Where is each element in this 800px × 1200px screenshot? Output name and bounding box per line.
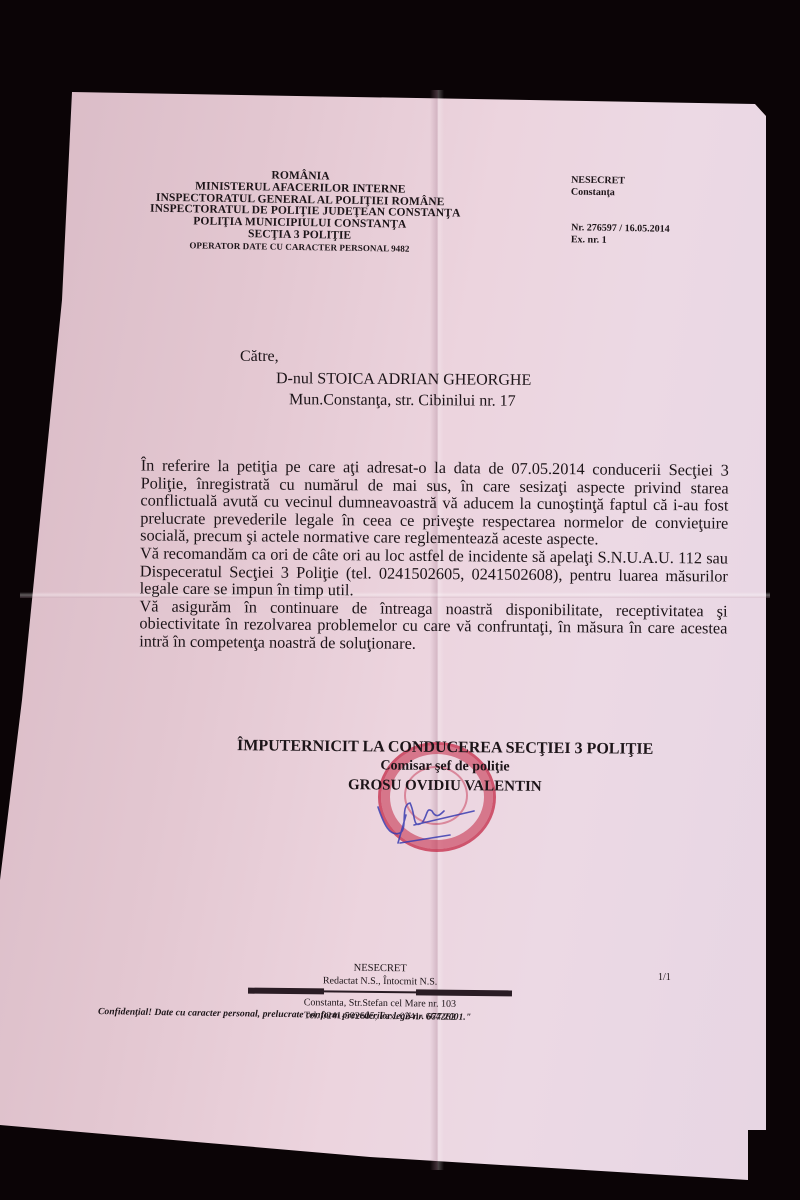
city-label: Constanţa [571, 187, 625, 200]
page-number: 1/1 [658, 972, 671, 983]
paragraph-petition-response: În referire la petiţia pe care aţi adres… [140, 456, 729, 549]
paragraph-assurance: Vă asigurăm în continuare de întreaga no… [139, 597, 727, 655]
classification-label: NESECRET [571, 175, 625, 188]
classification-block: NESECRET Constanţa [571, 175, 625, 200]
institution-header: ROMÂNIA MINISTERUL AFACERILOR INTERNE IN… [149, 169, 450, 256]
salutation: Către, [240, 346, 279, 367]
registration-block: Nr. 276597 / 16.05.2014 Ex. nr. 1 [571, 222, 670, 248]
letter-body: În referire la petiţia pe care aţi adres… [139, 456, 729, 655]
signatory-title: ÎMPUTERNICIT LA CONDUCEREA SECŢIEI 3 POL… [215, 736, 675, 760]
handwritten-signature [370, 785, 480, 855]
paragraph-recommendation: Vă recomandăm ca ori de câte ori au loc … [140, 544, 728, 602]
copy-number: Ex. nr. 1 [571, 234, 670, 248]
recipient-name: D-nul STOICA ADRIAN GHEORGHE [276, 368, 531, 391]
recipient-address: Mun.Constanţa, str. Cibinilui nr. 17 [289, 389, 516, 412]
